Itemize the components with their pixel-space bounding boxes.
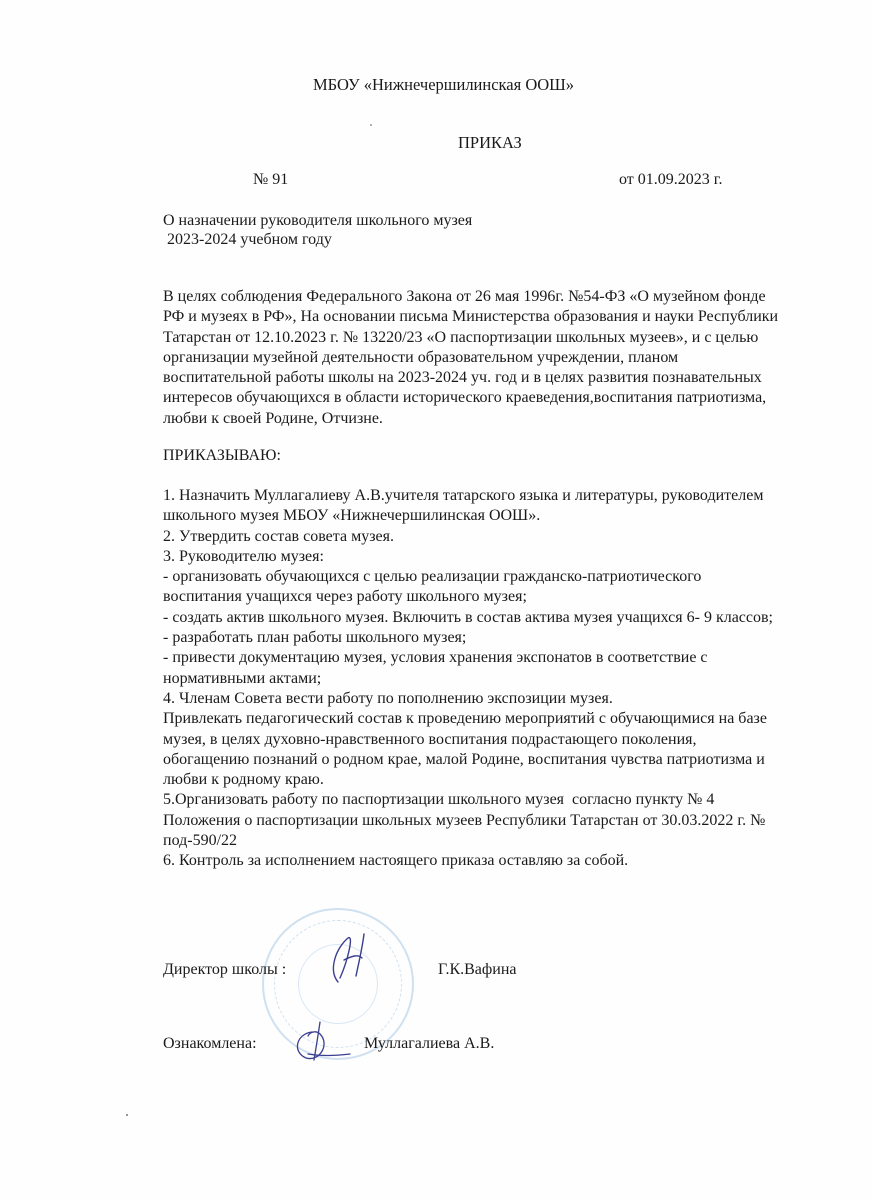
- director-label: Директор школы :: [163, 960, 286, 980]
- item-line: музея, в целях духовно-нравственного вос…: [163, 730, 773, 750]
- item-line: любви к родному краю.: [163, 770, 773, 790]
- order-heading: ПРИКАЗЫВАЮ:: [163, 447, 281, 465]
- preamble: В целях соблюдения Федерального Закона о…: [163, 287, 843, 429]
- scan-speck: [126, 1114, 128, 1116]
- item-line: нормативными актами;: [163, 669, 773, 689]
- document-title: ПРИКАЗ: [458, 133, 522, 153]
- item-line: под-590/22: [163, 831, 773, 851]
- scan-speck: [370, 124, 372, 126]
- document-page: МБОУ «Нижнечершилинская ООШ» ПРИКАЗ № 91…: [0, 0, 872, 1200]
- item-line: 4. Членам Совета вести работу по пополне…: [163, 689, 773, 709]
- order-number: № 91: [253, 170, 288, 190]
- item-line: 2. Утвердить состав совета музея.: [163, 527, 773, 547]
- acknowledged-label: Ознакомлена:: [163, 1034, 257, 1054]
- director-signature-icon: [318, 930, 378, 990]
- preamble-line: организации музейной деятельности образо…: [163, 348, 843, 368]
- acknowledged-name: Муллагалиева А.В.: [364, 1034, 494, 1054]
- subject-line: О назначении руководителя школьного музе…: [163, 211, 472, 230]
- order-subject: О назначении руководителя школьного музе…: [163, 211, 472, 249]
- item-line: - разработать план работы школьного музе…: [163, 628, 773, 648]
- acknowledged-signature-icon: [290, 1018, 354, 1064]
- item-line: Положения о паспортизации школьных музее…: [163, 811, 773, 831]
- item-line: 1. Назначить Муллагалиеву А.В.учителя та…: [163, 486, 773, 506]
- subject-line: 2023-2024 учебном году: [163, 230, 472, 249]
- preamble-line: интересов обучающихся в области историче…: [163, 388, 843, 408]
- order-items: 1. Назначить Муллагалиеву А.В.учителя та…: [163, 486, 773, 872]
- director-name: Г.К.Вафина: [438, 960, 516, 980]
- item-line: школьного музея МБОУ «Нижнечершилинская …: [163, 506, 773, 526]
- item-line: обогащению познаний о родном крае, малой…: [163, 750, 773, 770]
- preamble-line: РФ и музеях в РФ», На основании письма М…: [163, 307, 843, 327]
- item-line: - привести документацию музея, условия х…: [163, 648, 773, 668]
- item-line: 5.Организовать работу по паспортизации ш…: [163, 790, 773, 810]
- preamble-line: В целях соблюдения Федерального Закона о…: [163, 287, 843, 307]
- order-date: от 01.09.2023 г.: [619, 170, 723, 190]
- item-line: 3. Руководителю музея:: [163, 547, 773, 567]
- preamble-line: любви к своей Родине, Отчизне.: [163, 409, 843, 429]
- item-line: 6. Контроль за исполнением настоящего пр…: [163, 851, 773, 871]
- preamble-line: воспитательной работы школы на 2023-2024…: [163, 368, 843, 388]
- item-line: - организовать обучающихся с целью реали…: [163, 567, 773, 587]
- organization-name: МБОУ «Нижнечершилинская ООШ»: [0, 75, 872, 95]
- item-line: Привлекать педагогический состав к прове…: [163, 709, 773, 729]
- item-line: воспитания учащихся через работу школьно…: [163, 587, 773, 607]
- item-line: - создать актив школьного музея. Включит…: [163, 608, 773, 628]
- preamble-line: Татарстан от 12.10.2023 г. № 13220/23 «О…: [163, 328, 843, 348]
